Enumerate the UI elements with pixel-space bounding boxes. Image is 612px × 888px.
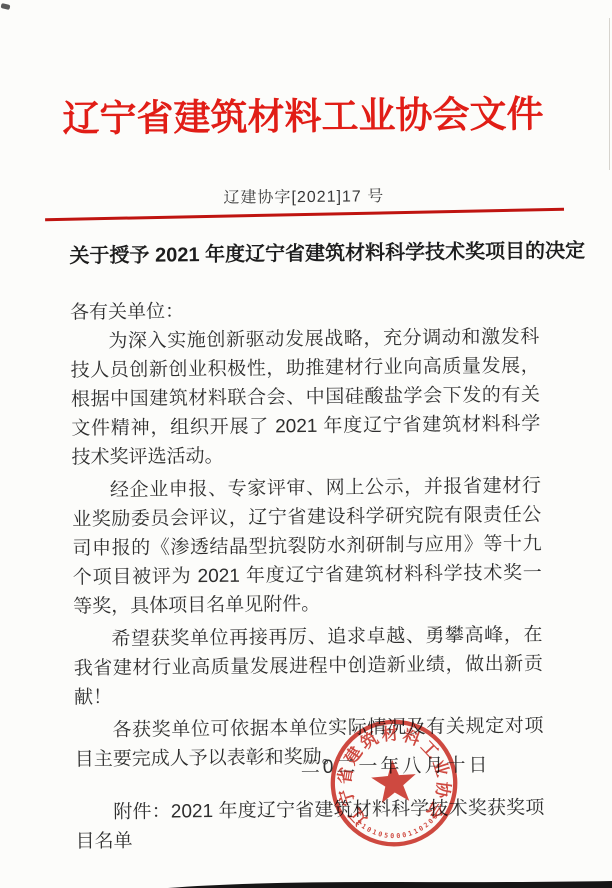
letterhead-title: 辽宁省建筑材料工业协会文件 <box>0 83 609 143</box>
svg-text:0: 0 <box>396 832 401 840</box>
body-paragraph-2: 经企业申报、专家评审、网上公示，并报省建材行业奖励委员会评议，辽宁省建设科学研究… <box>72 472 542 622</box>
seal-star-icon <box>370 758 418 804</box>
official-seal: 辽宁省建筑材料工业协会 210105000110200 <box>284 673 504 888</box>
document-heading: 关于授予 2021 年度辽宁省建筑材料科学技术奖项目的决定 <box>69 238 538 272</box>
document-number: 辽建协字[2021]17 号 <box>0 181 610 210</box>
scanned-document-page: 辽宁省建筑材料工业协会文件 辽建协字[2021]17 号 关于授予 2021 年… <box>0 0 612 888</box>
svg-text:省: 省 <box>334 766 356 786</box>
document-body: 辽宁省建筑材料工业协会文件 辽建协字[2021]17 号 关于授予 2021 年… <box>0 0 612 888</box>
scan-artifact-bottom-edge <box>0 874 612 888</box>
svg-text:业: 业 <box>429 757 452 779</box>
svg-text:协: 协 <box>432 780 454 801</box>
scan-artifact-right-edge <box>609 18 611 170</box>
letterhead-separator-line <box>45 208 564 221</box>
svg-text:5: 5 <box>384 831 389 840</box>
svg-text:0: 0 <box>377 830 383 839</box>
svg-text:0: 0 <box>390 832 394 840</box>
body-paragraph-1: 为深入实施创新驱动发展战略，充分调动和激发科技人员创新创业积极性，助推建材行业向… <box>70 323 540 473</box>
svg-text:材: 材 <box>381 723 400 744</box>
svg-text:0: 0 <box>402 831 407 840</box>
